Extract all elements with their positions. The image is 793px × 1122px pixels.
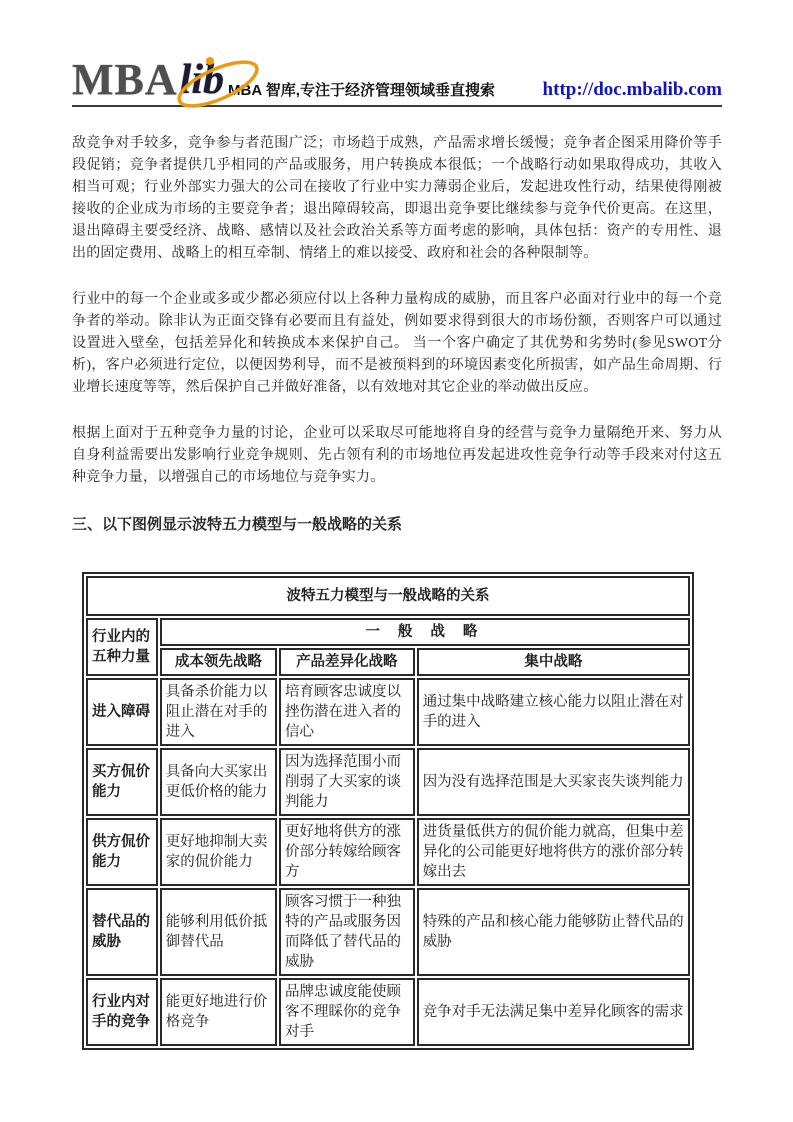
table-row-substitutes: 替代品的威胁 能够利用低价抵御替代品 顾客习惯于一种独特的产品或服务因而降低了替…: [86, 888, 690, 976]
page-header: MBA lib MBA 智库,专注于经济管理领域垂直搜索 http://doc.…: [0, 0, 793, 107]
cell-focus: 进货量低供方的侃价能力就高，但集中差异化的公司能更好地将供方的涨价部分转嫁出去: [417, 818, 690, 886]
section-heading: 三、以下图例显示波特五力模型与一般战略的关系: [72, 513, 722, 534]
table-title-row: 波特五力模型与一般战略的关系: [86, 576, 690, 616]
cell-differentiation: 更好地将供方的涨价部分转嫁给顾客方: [279, 818, 415, 886]
cell-differentiation: 品牌忠诚度能使顾客不理睬你的竞争对手: [279, 978, 415, 1046]
document-content: 敌竞争对手较多，竞争参与者范围广泛；市场趋于成熟，产品需求增长缓慢；竞争者企图采…: [0, 107, 793, 1050]
column-header-differentiation: 产品差异化战略: [279, 648, 415, 676]
table-row-buyer-power: 买方侃价能力 具备向大买家出更低价格的能力 因为选择范围小而削弱了大买家的谈判能…: [86, 748, 690, 816]
cell-differentiation: 因为选择范围小而削弱了大买家的谈判能力: [279, 748, 415, 816]
cell-cost-leadership: 能更好地进行价格竞争: [160, 978, 277, 1046]
cell-focus: 因为没有选择范围是大买家丧失谈判能力: [417, 748, 690, 816]
table-column-header-row: 成本领先战略 产品差异化战略 集中战略: [86, 648, 690, 676]
cell-differentiation: 顾客习惯于一种独特的产品或服务因而降低了替代品的威胁: [279, 888, 415, 976]
cell-cost-leadership: 具备杀价能力以阻止潜在对手的进入: [160, 678, 277, 746]
force-label: 替代品的威胁: [86, 888, 158, 976]
force-label: 供方侃价能力: [86, 818, 158, 886]
cell-cost-leadership: 能够利用低价抵御替代品: [160, 888, 277, 976]
logo-text-mba: MBA: [72, 56, 178, 104]
site-tagline: MBA 智库,专注于经济管理领域垂直搜索: [228, 79, 495, 104]
table-left-header: 行业内的五种力量: [86, 618, 158, 676]
mbalib-logo: MBA lib: [72, 52, 224, 104]
five-forces-strategy-table: 波特五力模型与一般战略的关系 行业内的五种力量 一 般 战 略 成本领先战略 产…: [82, 572, 694, 1050]
force-label: 行业内对手的竞争: [86, 978, 158, 1046]
table-group-header-row: 行业内的五种力量 一 般 战 略: [86, 618, 690, 646]
paragraph-1: 敌竞争对手较多，竞争参与者范围广泛；市场趋于成熟，产品需求增长缓慢；竞争者企图采…: [72, 133, 722, 265]
paragraph-3: 根据上面对于五种竞争力量的讨论，企业可以采取尽可能地将自身的经营与竞争力量隔绝开…: [72, 423, 722, 489]
table-title: 波特五力模型与一般战略的关系: [86, 576, 690, 616]
force-label: 进入障碍: [86, 678, 158, 746]
cell-cost-leadership: 更好地抑制大卖家的侃价能力: [160, 818, 277, 886]
column-header-cost-leadership: 成本领先战略: [160, 648, 277, 676]
table-row-rivalry: 行业内对手的竞争 能更好地进行价格竞争 品牌忠诚度能使顾客不理睬你的竞争对手 竞…: [86, 978, 690, 1046]
table-row-supplier-power: 供方侃价能力 更好地抑制大卖家的侃价能力 更好地将供方的涨价部分转嫁给顾客方 进…: [86, 818, 690, 886]
logo-text-lib: lib: [180, 57, 224, 103]
cell-focus: 特殊的产品和核心能力能够防止替代品的威胁: [417, 888, 690, 976]
column-header-focus: 集中战略: [417, 648, 690, 676]
document-page: MBA lib MBA 智库,专注于经济管理领域垂直搜索 http://doc.…: [0, 0, 793, 1122]
table-row-entry-barriers: 进入障碍 具备杀价能力以阻止潜在对手的进入 培育顾客忠诚度以挫伤潜在进入者的信心…: [86, 678, 690, 746]
cell-differentiation: 培育顾客忠诚度以挫伤潜在进入者的信心: [279, 678, 415, 746]
table-group-header: 一 般 战 略: [160, 618, 690, 646]
header-row: MBA lib MBA 智库,专注于经济管理领域垂直搜索 http://doc.…: [72, 52, 722, 104]
force-label: 买方侃价能力: [86, 748, 158, 816]
cell-cost-leadership: 具备向大买家出更低价格的能力: [160, 748, 277, 816]
logo-lib-wrap: lib: [180, 56, 224, 104]
paragraph-2: 行业中的每一个企业或多或少都必须应付以上各种力量构成的威胁，而且客户必面对行业中…: [72, 289, 722, 399]
cell-focus: 通过集中战略建立核心能力以阻止潜在对手的进入: [417, 678, 690, 746]
site-url-link[interactable]: http://doc.mbalib.com: [543, 79, 722, 104]
cell-focus: 竞争对手无法满足集中差异化顾客的需求: [417, 978, 690, 1046]
